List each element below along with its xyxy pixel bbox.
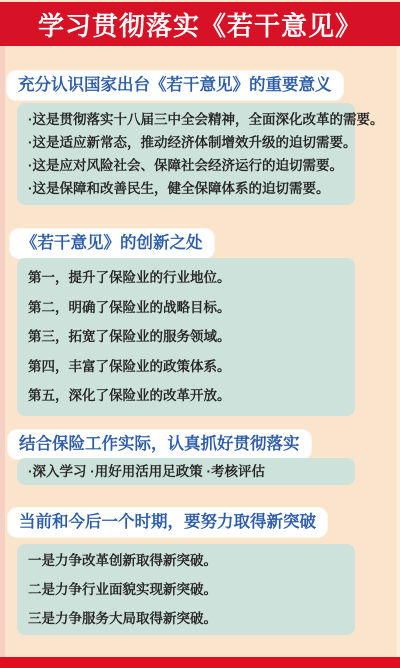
list-item: 第四，丰富了保险业的政策体系。 xyxy=(28,352,344,382)
left-edge-strip xyxy=(0,46,5,657)
list-item: ·这是保障和改善民生，健全保障体系的迫切需要。 xyxy=(28,177,344,200)
panel-innovations: 第一，提升了保险业的行业地位。 第二，明确了保险业的战略目标。 第三，拓宽了保险… xyxy=(17,258,355,416)
section-heading-breakthroughs: 当前和今后一个时期，要努力取得新突破 xyxy=(8,508,327,537)
list-item: 二是力争行业面貌实现新突破。 xyxy=(28,575,344,604)
poster-page: 学习贯彻落实《若干意见》 充分认识国家出台《若干意见》的重要意义 ·这是贯彻落实… xyxy=(0,0,400,668)
list-item: 三是力争服务大局取得新突破。 xyxy=(28,604,344,633)
section-heading-implementation: 结合保险工作实际，认真抓好贯彻落实 xyxy=(8,430,311,459)
panel-breakthroughs: 一是力争改革创新取得新突破。 二是力争行业面貌实现新突破。 三是力争服务大局取得… xyxy=(17,544,355,635)
list-item: ·这是应对风险社会、保障社会经济运行的迫切需要。 xyxy=(28,154,344,177)
list-item: ·深入学习 ·用好用活用足政策 ·考核评估 xyxy=(28,462,344,481)
list-item: ·这是贯彻落实十八届三中全会精神，全面深化改革的需要。 xyxy=(28,108,344,131)
section-heading-importance: 充分认识国家出台《若干意见》的重要意义 xyxy=(7,71,343,100)
list-item: 第一，提升了保险业的行业地位。 xyxy=(28,263,344,293)
top-banner: 学习贯彻落实《若干意见》 xyxy=(0,2,400,46)
list-item: 第三，拓宽了保险业的服务领域。 xyxy=(28,322,344,352)
section-heading-innovations: 《若干意见》的创新之处 xyxy=(10,229,214,258)
panel-implementation: ·深入学习 ·用好用活用足政策 ·考核评估 xyxy=(17,458,355,485)
list-item: 第二，明确了保险业的战略目标。 xyxy=(28,293,344,323)
page-title: 学习贯彻落实《若干意见》 xyxy=(38,6,362,43)
bottom-bar xyxy=(0,657,400,668)
list-item: 第五，深化了保险业的改革开放。 xyxy=(28,381,344,411)
panel-importance: ·这是贯彻落实十八届三中全会精神，全面深化改革的需要。 ·这是适应新常态，推动经… xyxy=(17,103,355,205)
list-item: ·这是适应新常态，推动经济体制增效升级的迫切需要。 xyxy=(28,131,344,154)
list-item: 一是力争改革创新取得新突破。 xyxy=(28,546,344,575)
